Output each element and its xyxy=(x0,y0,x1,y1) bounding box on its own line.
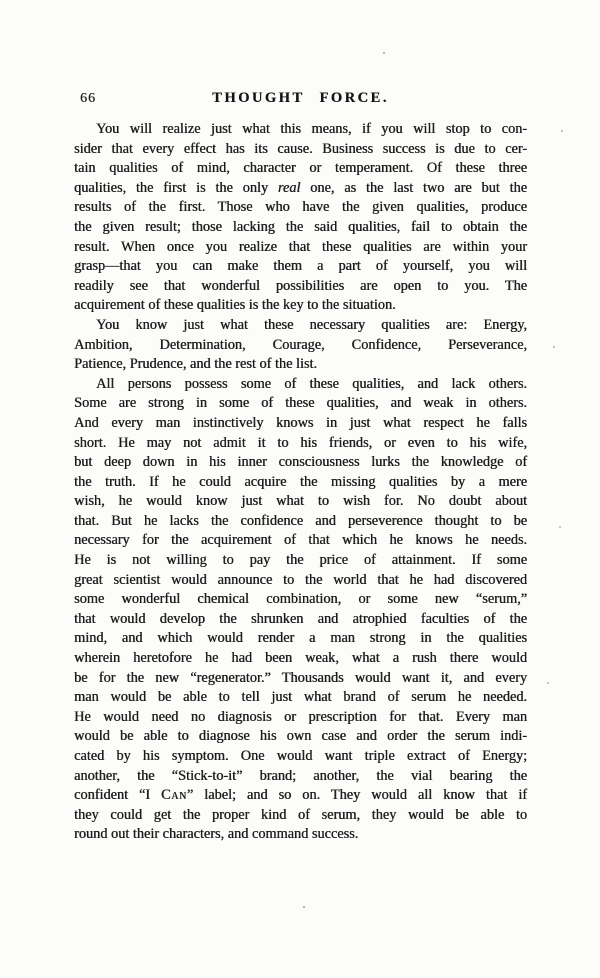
text-line: tain qualities of mind, character or tem… xyxy=(74,159,527,179)
text-segment: some wonderful chemical combination, or … xyxy=(74,591,527,607)
text-line: the truth. If he could acquire the missi… xyxy=(74,473,527,493)
text-segment: necessary for the acquirement of that wh… xyxy=(74,532,527,548)
text-segment: ” label; and so on. They would all know … xyxy=(187,787,527,803)
text-line: You know just what these necessary quali… xyxy=(74,316,527,336)
text-segment: would be able to diagnose his own case a… xyxy=(74,728,527,744)
text-line: All persons possess some of these qualit… xyxy=(74,375,527,395)
text-segment: Can xyxy=(161,787,187,803)
text-line: cated by his symptom. One would want tri… xyxy=(74,747,527,767)
text-segment: Patience, Prudence, and the rest of the … xyxy=(74,356,317,372)
text-line: mind, and which would render a man stron… xyxy=(74,629,527,649)
text-line: confident “I Can” label; and so on. They… xyxy=(74,786,527,806)
text-line: results of the first. Those who have the… xyxy=(74,198,527,218)
text-segment: qualities, the first is the only xyxy=(74,180,278,196)
text-line: result. When once you realize that these… xyxy=(74,238,527,258)
text-line: acquirement of these qualities is the ke… xyxy=(74,296,527,316)
text-segment: cated by his symptom. One would want tri… xyxy=(74,748,527,764)
text-segment: another, the “Stick-to-it” brand; anothe… xyxy=(74,768,527,784)
text-line: man would be able to tell just what bran… xyxy=(74,688,527,708)
text-line: He is not willing to pay the price of at… xyxy=(74,551,527,571)
text-segment: Some are strong in some of these qualiti… xyxy=(74,395,527,411)
text-segment: sider that every effect has its cause. B… xyxy=(74,141,527,157)
text-segment: real xyxy=(278,180,301,196)
text-line: Some are strong in some of these qualiti… xyxy=(74,394,527,414)
text-segment: the truth. If he could acquire the missi… xyxy=(74,474,527,490)
text-line: Patience, Prudence, and the rest of the … xyxy=(74,355,527,375)
text-line: qualities, the first is the only real on… xyxy=(74,179,527,199)
text-segment: wish, he would know just what to wish fo… xyxy=(74,493,527,509)
text-segment: that would develop the shrunken and atro… xyxy=(74,611,527,627)
text-segment: All persons possess some of these qualit… xyxy=(96,376,527,392)
text-segment: that. But he lacks the confidence and pe… xyxy=(74,513,527,529)
text-line: some wonderful chemical combination, or … xyxy=(74,590,527,610)
text-line: round out their characters, and command … xyxy=(74,825,527,845)
text-segment: He would need no diagnosis or prescripti… xyxy=(74,709,527,725)
text-segment: wherein heretofore he had been weak, wha… xyxy=(74,650,527,666)
text-segment: You know just what these necessary quali… xyxy=(96,317,527,333)
text-segment: be for the new “regenerator.” Thousands … xyxy=(74,670,527,686)
text-segment: man would be able to tell just what bran… xyxy=(74,689,527,705)
text-segment: acquirement of these qualities is the ke… xyxy=(74,297,396,313)
running-header: 66 THOUGHT FORCE. xyxy=(74,90,527,110)
text-line: great scientist would announce to the wo… xyxy=(74,571,527,591)
text-line: they could get the proper kind of serum,… xyxy=(74,806,527,826)
text-segment: round out their characters, and command … xyxy=(74,826,358,842)
text-line: sider that every effect has its cause. B… xyxy=(74,140,527,160)
text-line: necessary for the acquirement of that wh… xyxy=(74,531,527,551)
text-line: Ambition, Determination, Courage, Confid… xyxy=(74,336,527,356)
text-segment: grasp—that you can make them a part of y… xyxy=(74,258,527,274)
text-segment: He is not willing to pay the price of at… xyxy=(74,552,527,568)
text-line: grasp—that you can make them a part of y… xyxy=(74,257,527,277)
page-body: You will realize just what this means, i… xyxy=(74,120,527,845)
text-segment: mind, and which would render a man stron… xyxy=(74,630,527,646)
text-line: short. He may not admit it to his friend… xyxy=(74,434,527,454)
text-segment: result. When once you realize that these… xyxy=(74,239,527,255)
text-segment: short. He may not admit it to his friend… xyxy=(74,435,527,451)
text-segment: And every man instinctively knows in jus… xyxy=(74,415,527,431)
text-line: wherein heretofore he had been weak, wha… xyxy=(74,649,527,669)
text-segment: You will realize just what this means, i… xyxy=(96,121,527,137)
text-segment: confident “I xyxy=(74,787,161,803)
text-line: but deep down in his inner consciousness… xyxy=(74,453,527,473)
text-line: be for the new “regenerator.” Thousands … xyxy=(74,669,527,689)
text-line: the given result; those lacking the said… xyxy=(74,218,527,238)
text-segment: but deep down in his inner consciousness… xyxy=(74,454,527,470)
text-line: that. But he lacks the confidence and pe… xyxy=(74,512,527,532)
text-line: readily see that wonderful possibilities… xyxy=(74,277,527,297)
scan-speck xyxy=(0,0,2,2)
text-line: You will realize just what this means, i… xyxy=(74,120,527,140)
text-segment: the given result; those lacking the said… xyxy=(74,219,527,235)
text-segment: tain qualities of mind, character or tem… xyxy=(74,160,527,176)
text-line: And every man instinctively knows in jus… xyxy=(74,414,527,434)
text-line: would be able to diagnose his own case a… xyxy=(74,727,527,747)
text-line: He would need no diagnosis or prescripti… xyxy=(74,708,527,728)
text-segment: great scientist would announce to the wo… xyxy=(74,572,527,588)
text-segment: they could get the proper kind of serum,… xyxy=(74,807,527,823)
text-segment: Ambition, Determination, Courage, Confid… xyxy=(74,337,527,353)
text-segment: one, as the last two are but the xyxy=(300,180,527,196)
text-segment: results of the first. Those who have the… xyxy=(74,199,527,215)
text-segment: readily see that wonderful possibilities… xyxy=(74,278,527,294)
text-line: another, the “Stick-to-it” brand; anothe… xyxy=(74,767,527,787)
book-page: 66 THOUGHT FORCE. You will realize just … xyxy=(0,0,600,978)
text-line: wish, he would know just what to wish fo… xyxy=(74,492,527,512)
running-title: THOUGHT FORCE. xyxy=(74,90,527,107)
text-line: that would develop the shrunken and atro… xyxy=(74,610,527,630)
